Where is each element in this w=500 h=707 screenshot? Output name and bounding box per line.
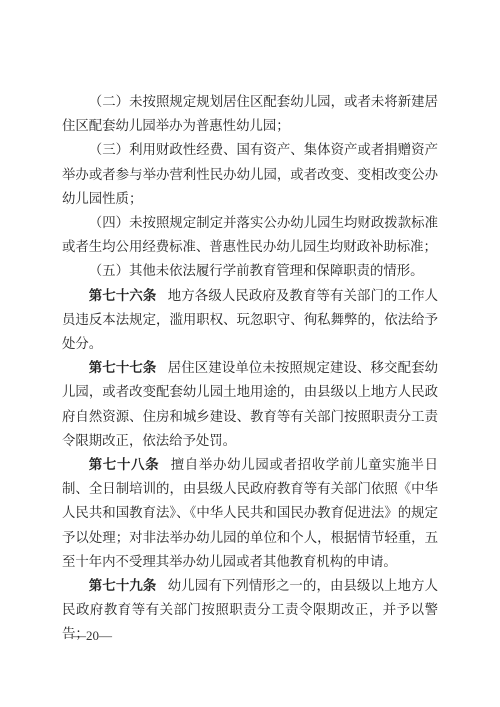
document-body: （二）未按照规定规划居住区配套幼儿园，或者未将新建居住区配套幼儿园举办为普惠性幼… bbox=[62, 90, 438, 647]
paragraph: （三）利用财政性经费、国有资产、集体资产或者捐赠资产举办或者参与举办营利性民办幼… bbox=[62, 138, 438, 211]
article-number: 第七十六条 bbox=[89, 288, 157, 303]
paragraph: （四）未按照规定制定并落实公办幼儿园生均财政拨款标准或者生均公用经费标准、普惠性… bbox=[62, 211, 438, 259]
paragraph: 第七十七条居住区建设单位未按照规定建设、移交配套幼儿园，或者改变配套幼儿园土地用… bbox=[62, 356, 438, 453]
paragraph: 第七十八条擅自举办幼儿园或者招收学前儿童实施半日制、全日制培训的，由县级人民政府… bbox=[62, 453, 438, 574]
article-number: 第七十八条 bbox=[89, 457, 160, 472]
paragraph: （二）未按照规定规划居住区配套幼儿园，或者未将新建居住区配套幼儿园举办为普惠性幼… bbox=[62, 90, 438, 138]
document-page: （二）未按照规定规划居住区配套幼儿园，或者未将新建居住区配套幼儿园举办为普惠性幼… bbox=[0, 0, 500, 707]
page-number: —20— bbox=[73, 628, 112, 644]
paragraph: 第七十六条地方各级人民政府及教育等有关部门的工作人员违反本法规定，滥用职权、玩忽… bbox=[62, 284, 438, 357]
paragraph: 第七十九条幼儿园有下列情形之一的，由县级以上地方人民政府教育等有关部门按照职责分… bbox=[62, 574, 438, 647]
article-number: 第七十九条 bbox=[89, 578, 157, 593]
paragraph: （五）其他未依法履行学前教育管理和保障职责的情形。 bbox=[62, 259, 438, 283]
paragraph-text: 擅自举办幼儿园或者招收学前儿童实施半日制、全日制培训的，由县级人民政府教育等有关… bbox=[62, 457, 438, 569]
article-number: 第七十七条 bbox=[89, 360, 157, 375]
